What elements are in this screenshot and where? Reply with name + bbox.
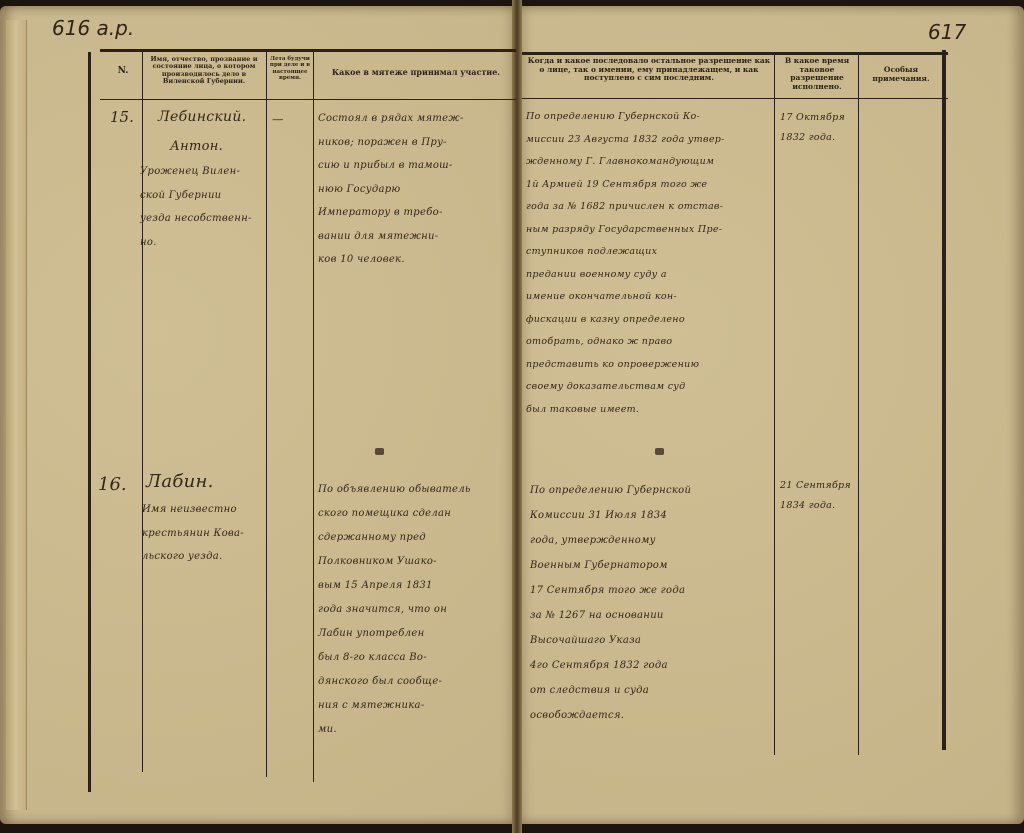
header-name: Имя, отчество, прозвание и состояние лиц… bbox=[145, 56, 263, 86]
header-bottom-rule-left bbox=[100, 99, 516, 100]
page-edges bbox=[6, 20, 27, 810]
entry-executed: 17 Октября 1832 года. bbox=[780, 108, 858, 148]
ink-blot bbox=[375, 448, 384, 455]
entry-executed: 21 Сентября 1834 года. bbox=[780, 476, 858, 516]
entry-origin: Имя неизвестно крестьянин Кова- льского … bbox=[142, 498, 266, 569]
header-resolution: Когда и какое последовало остальное разр… bbox=[525, 57, 773, 83]
header-number: N. bbox=[108, 66, 138, 76]
folio-left: 616 a.p. bbox=[52, 16, 134, 40]
entry-surname: Лебинский. bbox=[158, 106, 258, 130]
entry-firstname: Антон. bbox=[170, 135, 260, 159]
col-divider-4 bbox=[774, 55, 775, 755]
entry-number: 16. bbox=[98, 474, 127, 495]
header-bottom-rule-right bbox=[522, 98, 948, 99]
col-divider-2 bbox=[266, 52, 267, 777]
header-top-rule-left bbox=[100, 49, 516, 52]
header-top-rule-right bbox=[522, 52, 948, 55]
entry-participation: Состоял в рядах мятеж- ников; поражен в … bbox=[318, 107, 514, 272]
entry-origin: Уроженец Вилен- ской Губернии уезда несо… bbox=[140, 160, 265, 254]
entry-participation: По объявлению обыватель ского помещика с… bbox=[318, 478, 514, 742]
entry-number: 15. bbox=[110, 108, 134, 126]
header-executed: В какое время таковое разрешение исполне… bbox=[776, 57, 858, 92]
entry-surname: Лабин. bbox=[146, 470, 256, 494]
entry-resolution: По определению Губернской Комиссии 31 Ию… bbox=[530, 478, 774, 728]
header-participation: Какое в мятеже принимал участие. bbox=[318, 68, 514, 77]
left-margin-rule bbox=[88, 52, 91, 792]
header-remarks: Особыя примечания. bbox=[860, 66, 942, 83]
header-age: Лета будучи при деле и в настоящее время… bbox=[268, 56, 312, 81]
col-divider-3 bbox=[313, 52, 314, 782]
entry-resolution: По определению Губернской Ко- миссии 23 … bbox=[526, 106, 772, 421]
folio-right: 617 bbox=[928, 20, 966, 44]
ink-blot bbox=[655, 448, 664, 455]
right-margin-rule bbox=[942, 50, 946, 750]
col-divider-5 bbox=[858, 55, 859, 755]
entry-age: — bbox=[272, 108, 310, 132]
